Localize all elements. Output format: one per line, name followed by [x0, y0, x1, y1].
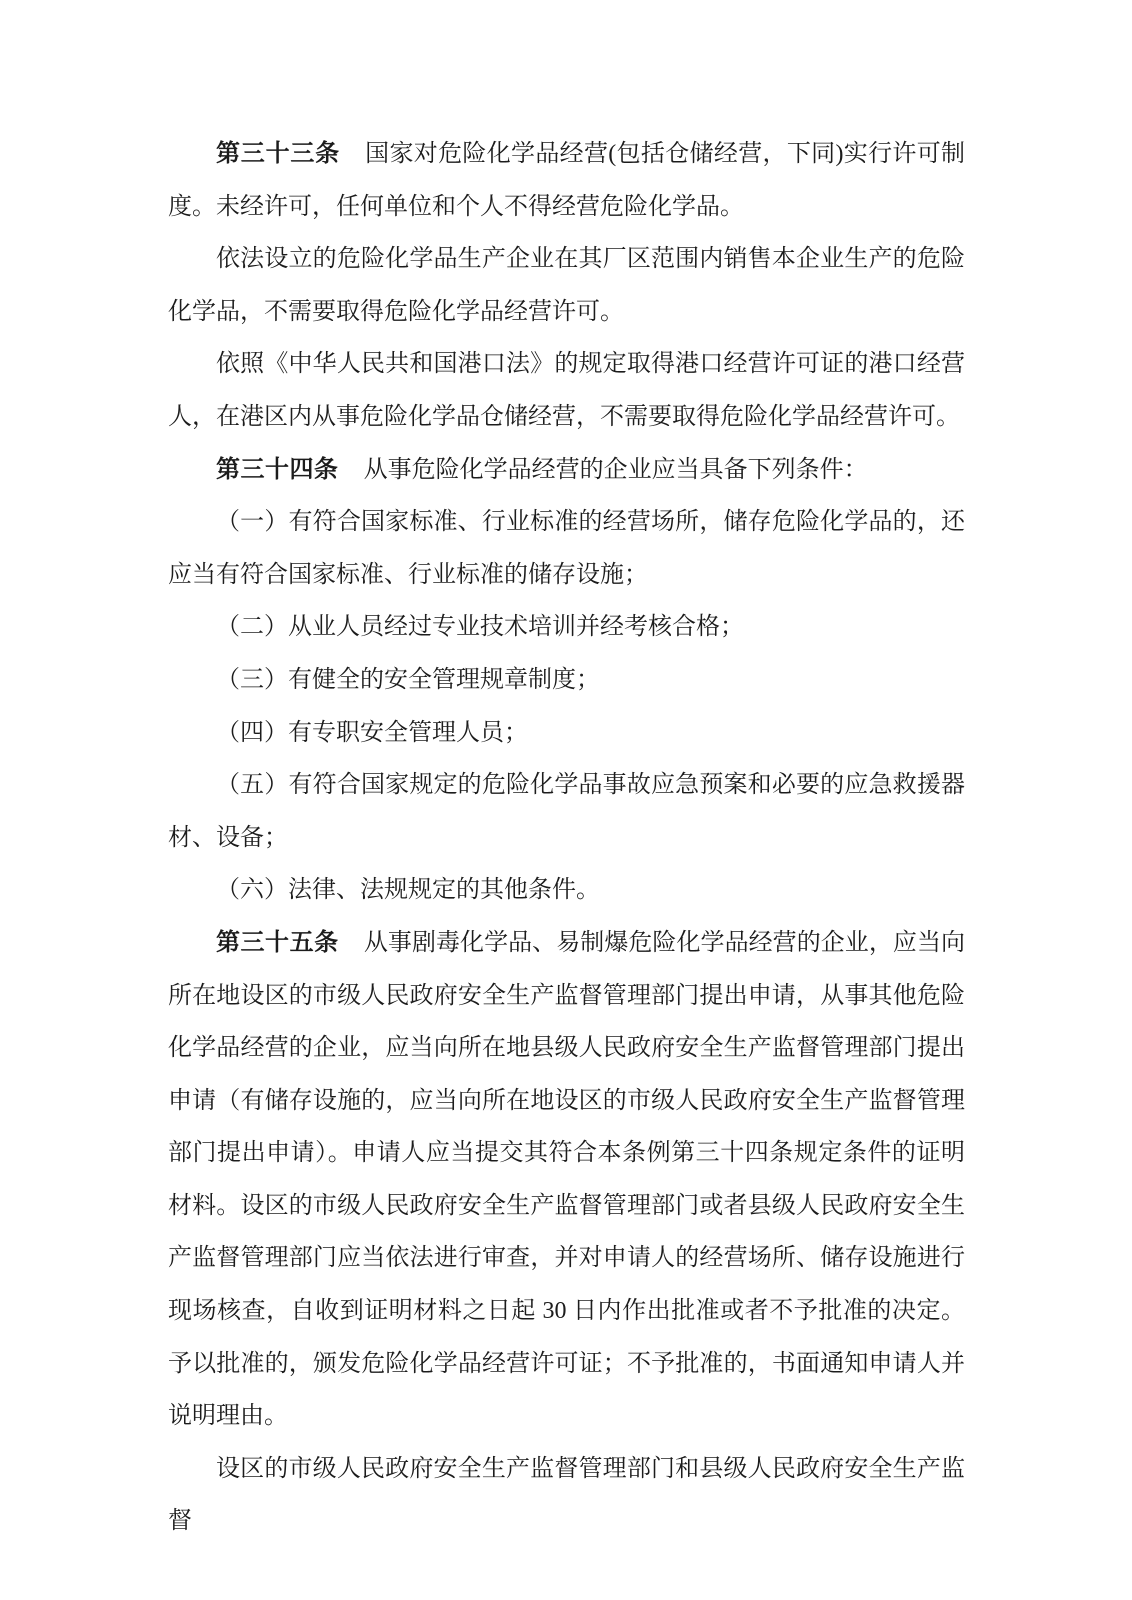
document-body: 第三十三条国家对危险化学品经营(包括仓储经营，下同)实行许可制度。未经许可，任何…: [168, 128, 965, 1548]
paragraph-text: （六）法律、法规规定的其他条件。: [216, 877, 600, 903]
article-number: 第三十三条: [216, 141, 340, 167]
list-item-5: （五）有符合国家规定的危险化学品事故应急预案和必要的应急救援器材、设备；: [168, 759, 965, 864]
paragraph: 依照《中华人民共和国港口法》的规定取得港口经营许可证的港口经营人，在港区内从事危…: [168, 338, 965, 443]
paragraph-text: 从事剧毒化学品、易制爆危险化学品经营的企业，应当向所在地设区的市级人民政府安全生…: [168, 930, 965, 1429]
paragraph: 设区的市级人民政府安全生产监督管理部门和县级人民政府安全生产监督: [168, 1443, 965, 1548]
document-page: 第三十三条国家对危险化学品经营(包括仓储经营，下同)实行许可制度。未经许可，任何…: [0, 0, 1132, 1600]
paragraph-text: 依照《中华人民共和国港口法》的规定取得港口经营许可证的港口经营人，在港区内从事危…: [168, 351, 965, 430]
paragraph-article-33: 第三十三条国家对危险化学品经营(包括仓储经营，下同)实行许可制度。未经许可，任何…: [168, 128, 965, 233]
paragraph-text: （一）有符合国家标准、行业标准的经营场所，储存危险化学品的，还应当有符合国家标准…: [168, 509, 965, 588]
paragraph-text: 设区的市级人民政府安全生产监督管理部门和县级人民政府安全生产监督: [168, 1456, 965, 1535]
paragraph: 依法设立的危险化学品生产企业在其厂区范围内销售本企业生产的危险化学品，不需要取得…: [168, 233, 965, 338]
paragraph-text: 依法设立的危险化学品生产企业在其厂区范围内销售本企业生产的危险化学品，不需要取得…: [168, 246, 965, 325]
list-item-1: （一）有符合国家标准、行业标准的经营场所，储存危险化学品的，还应当有符合国家标准…: [168, 496, 965, 601]
list-item-4: （四）有专职安全管理人员；: [168, 707, 965, 760]
paragraph-text: （四）有专职安全管理人员；: [216, 720, 528, 746]
paragraph-text: （五）有符合国家规定的危险化学品事故应急预案和必要的应急救援器材、设备；: [168, 772, 965, 851]
paragraph-article-34: 第三十四条从事危险化学品经营的企业应当具备下列条件：: [168, 444, 965, 497]
article-number: 第三十四条: [216, 457, 338, 483]
paragraph-text: （三）有健全的安全管理规章制度；: [216, 667, 600, 693]
list-item-3: （三）有健全的安全管理规章制度；: [168, 654, 965, 707]
list-item-2: （二）从业人员经过专业技术培训并经考核合格；: [168, 601, 965, 654]
list-item-6: （六）法律、法规规定的其他条件。: [168, 864, 965, 917]
article-number: 第三十五条: [216, 930, 339, 956]
paragraph-text: （二）从业人员经过专业技术培训并经考核合格；: [216, 614, 744, 640]
paragraph-article-35: 第三十五条从事剧毒化学品、易制爆危险化学品经营的企业，应当向所在地设区的市级人民…: [168, 917, 965, 1443]
paragraph-text: 从事危险化学品经营的企业应当具备下列条件：: [364, 457, 868, 483]
